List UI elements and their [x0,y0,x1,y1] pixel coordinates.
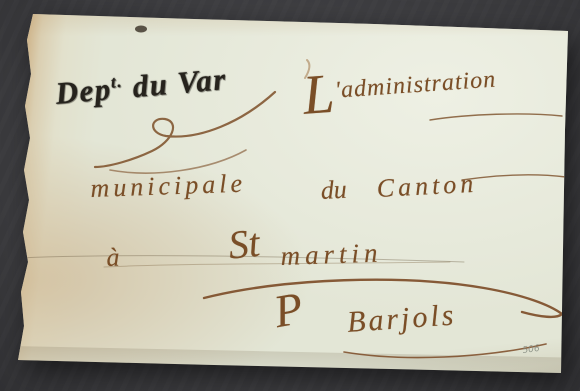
word-a: à [106,243,120,273]
word-municipale: municipale [90,169,246,204]
canton-t-cross-stroke [462,175,566,180]
barjols-underline-flourish [344,344,546,358]
stamp-prefix: Dep [54,71,113,111]
administration-t-cross-stroke [430,114,562,120]
pencil-catalog-number: 506 [522,344,540,356]
letter-wrapper: Dept. du Var L'administration municipale… [14,10,570,384]
word-martin: martin [280,237,383,272]
large-initial-L: L [301,63,337,127]
word-canton: Canton [376,169,478,204]
word-st: St [226,219,262,269]
letter-paper: Dept. du Var L'administration municipale… [14,10,570,384]
faint-line-through-address [104,262,450,267]
photo-background: Dept. du Var L'administration municipale… [0,0,580,391]
word-du: du [320,175,348,206]
dark-speck-top [135,26,147,33]
